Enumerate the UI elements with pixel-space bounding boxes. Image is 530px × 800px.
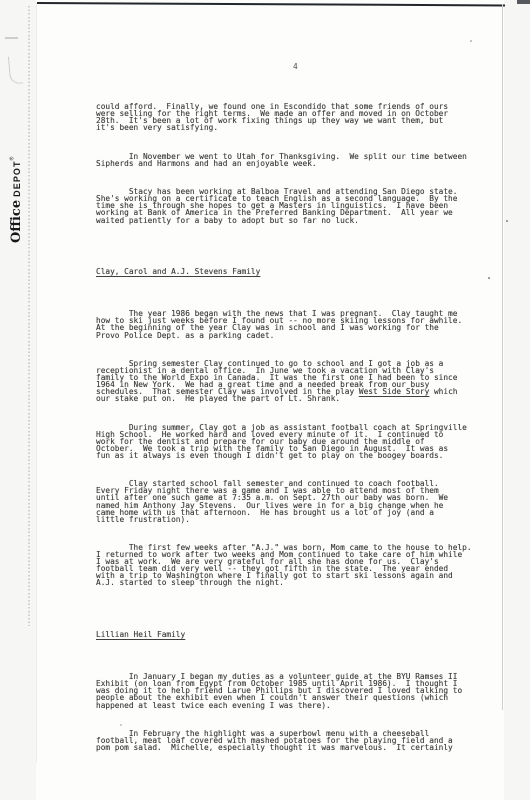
paragraph-superbowl-menu: In February the highlight was a superbow…: [96, 730, 496, 751]
scan-speck: [470, 40, 472, 42]
paperclip-mark-dash: [5, 37, 18, 39]
scan-corner-smudge: [517, 0, 530, 4]
paragraph-thanksgiving: In November we went to Utah for Thanksgi…: [96, 153, 496, 167]
scan-speck: [506, 220, 508, 222]
paragraph-first-weeks: The first few weeks after "A.J." was bor…: [96, 544, 496, 587]
section-heading-stevens-family: Clay, Carol and A.J. Stevens Family: [96, 268, 496, 275]
scan-left-margin-strip: [0, 0, 36, 800]
paragraph-stacy: Stacy has been working at Balboa Travel …: [96, 188, 496, 223]
paragraph-pregnant: The year 1986 began with the news that I…: [96, 310, 496, 338]
document-body: could afford. Finally, we found one in E…: [96, 89, 496, 772]
page-number: 4: [293, 62, 298, 71]
paragraph-ramses-exhibit: In January I began my duties as a volunt…: [96, 673, 496, 708]
brand-depot-text: DEPOT: [12, 160, 22, 197]
office-depot-logo: OfficeDEPOT®: [5, 157, 24, 243]
play-title-underlined: West Side Story: [359, 387, 429, 396]
paragraph-baby-born: Clay started school fall semester and co…: [96, 480, 496, 523]
paragraph-spring-semester: Spring semester Clay continued to go to …: [96, 360, 496, 403]
paragraph-moving: could afford. Finally, we found one in E…: [96, 103, 496, 131]
scan-top-edge-line: [37, 2, 505, 7]
page-right-edge-line: [502, 4, 503, 710]
page-left-edge-line: [36, 3, 37, 763]
brand-office-text: Office: [9, 200, 24, 243]
registered-mark-icon: ®: [10, 157, 16, 161]
paragraph-summer-coach: During summer, Clay got a job as assista…: [96, 424, 496, 459]
section-heading-heil-family: Lillian Heil Family: [96, 631, 496, 638]
scan-right-margin-strip: [504, 0, 530, 800]
perforation-dots: [28, 6, 30, 626]
